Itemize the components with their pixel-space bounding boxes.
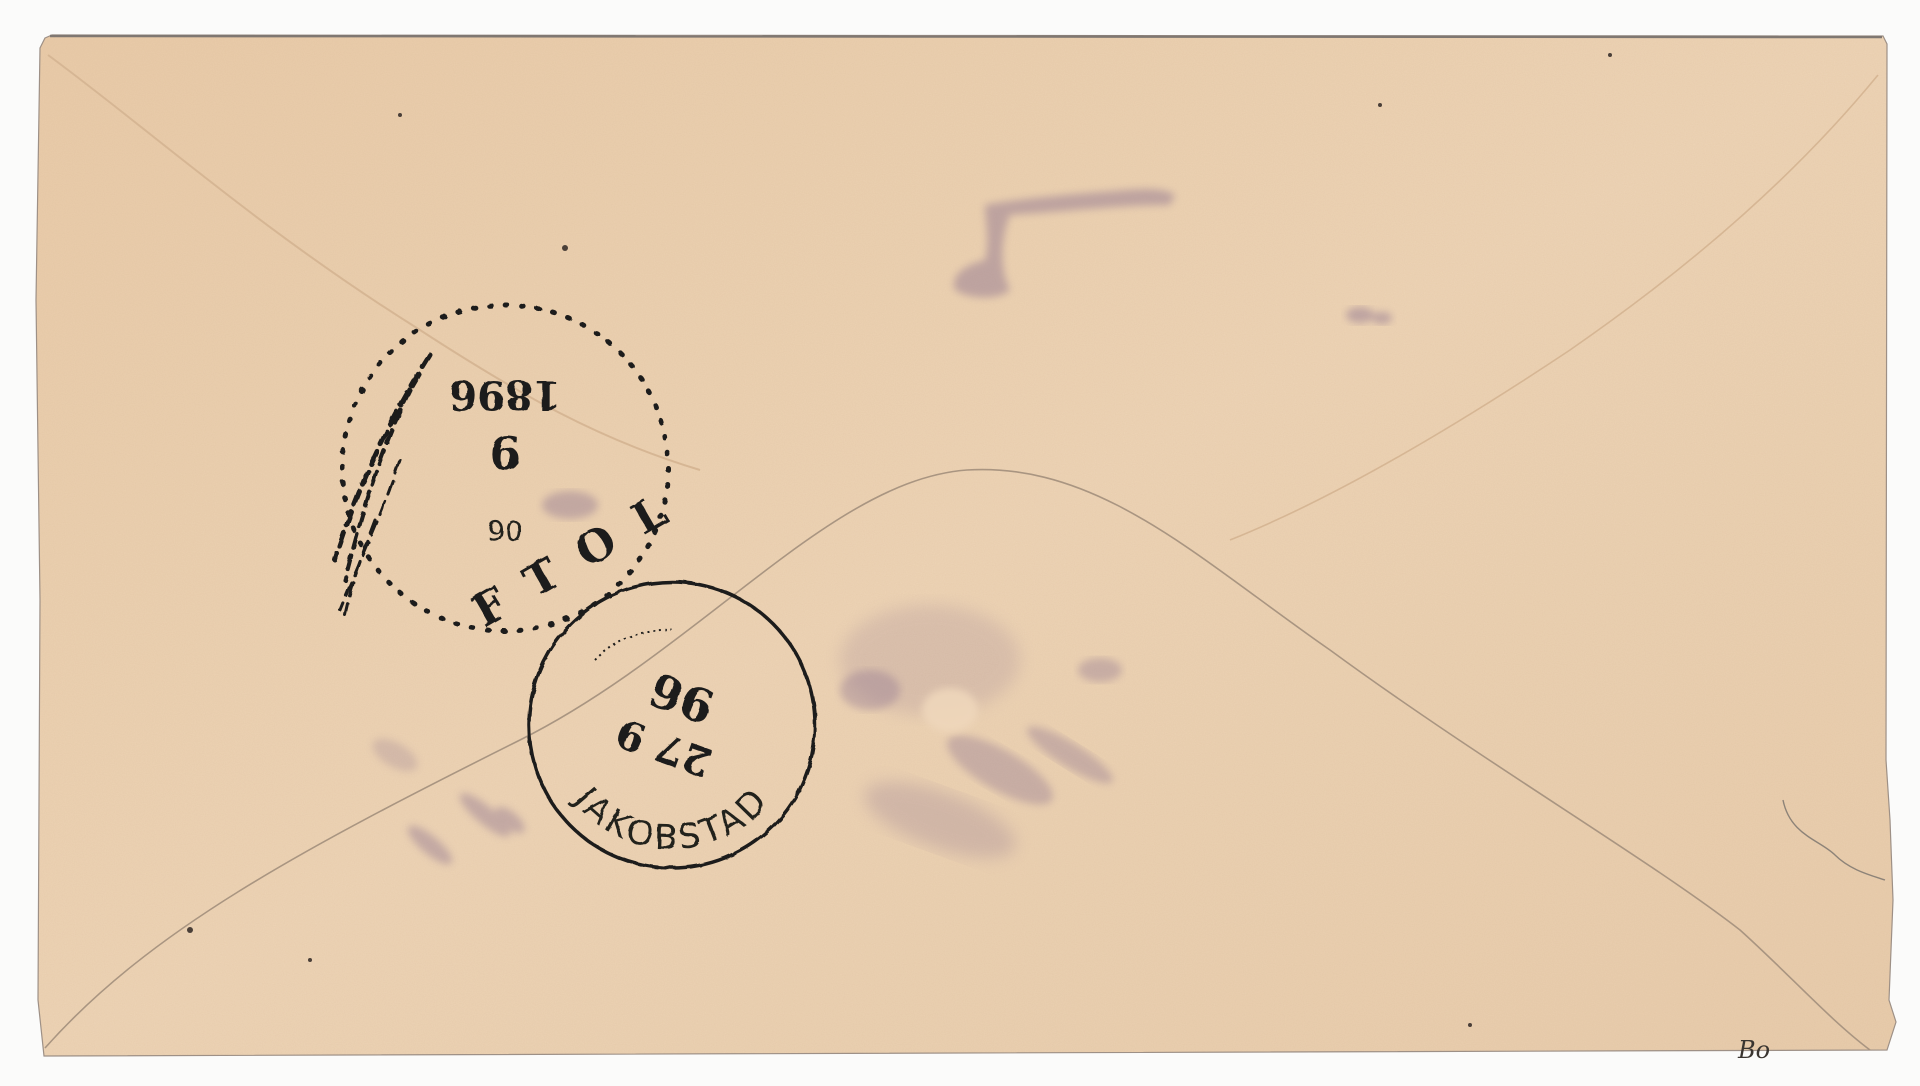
top-edge-shadow (50, 36, 1882, 37)
postmark-upper-time: 06 (487, 514, 523, 547)
postmark-upper-year: 1896 (449, 371, 560, 418)
smudge-on-postmark (542, 491, 598, 519)
envelope-scene: 1896 9 06 F T O L JAKOBSTAD 27 9 96 Bo (0, 0, 1920, 1086)
paper-texture (36, 35, 1896, 1056)
envelope (36, 35, 1896, 1056)
postmark-upper-day: 9 (489, 425, 521, 479)
pencil-note: Bo (1737, 1036, 1770, 1064)
